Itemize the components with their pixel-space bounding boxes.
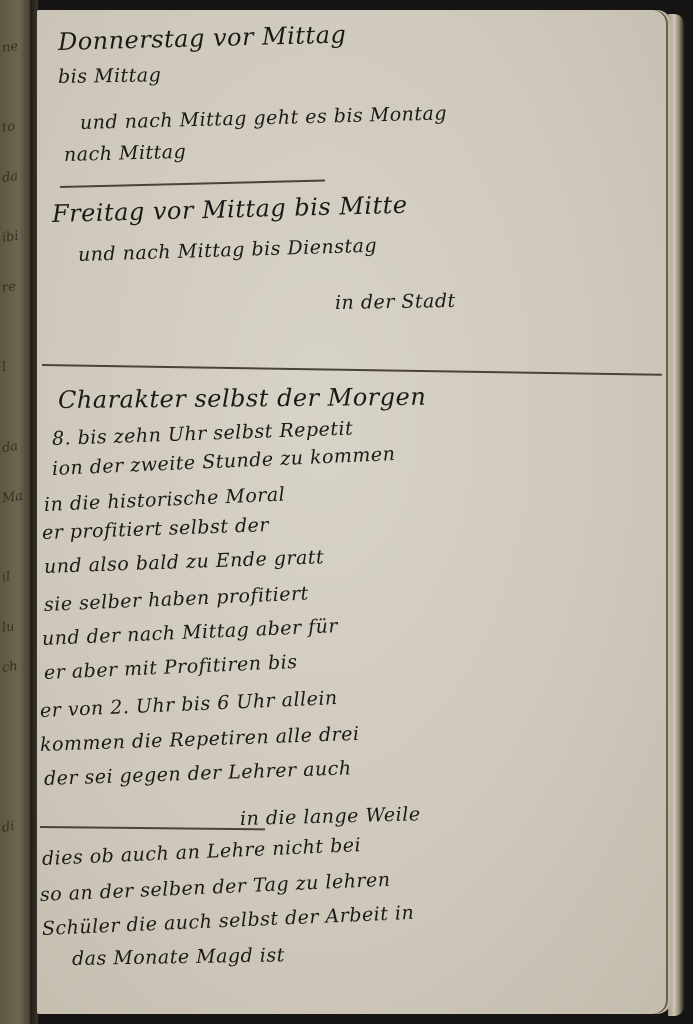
facing-page-fragment: re <box>1 279 17 296</box>
facing-page-fragment: da <box>1 169 19 186</box>
manuscript-line: nach Mittag <box>64 141 187 166</box>
facing-page-fragment: ne <box>1 39 19 56</box>
facing-page-edge: ne to da ibi re l da Ma il lu ch di <box>0 0 34 1024</box>
manuscript-line: in der Stadt <box>335 290 456 314</box>
manuscript-line: bis Mittag <box>58 64 162 88</box>
facing-page-fragment: da <box>1 439 19 456</box>
facing-page-fragment: lu <box>1 619 15 636</box>
facing-page-fragment: di <box>1 819 15 836</box>
facing-page-fragment: to <box>1 119 16 136</box>
facing-page-fragment: il <box>1 569 11 585</box>
facing-page-fragment: Ma <box>1 489 24 507</box>
facing-page-fragment: l <box>1 360 7 375</box>
manuscript-line: Charakter selbst der Morgen <box>58 383 426 414</box>
facing-page-fragment: ch <box>1 659 19 676</box>
manuscript-line: das Monate Magd ist <box>72 944 285 970</box>
facing-page-fragment: ibi <box>1 229 20 246</box>
